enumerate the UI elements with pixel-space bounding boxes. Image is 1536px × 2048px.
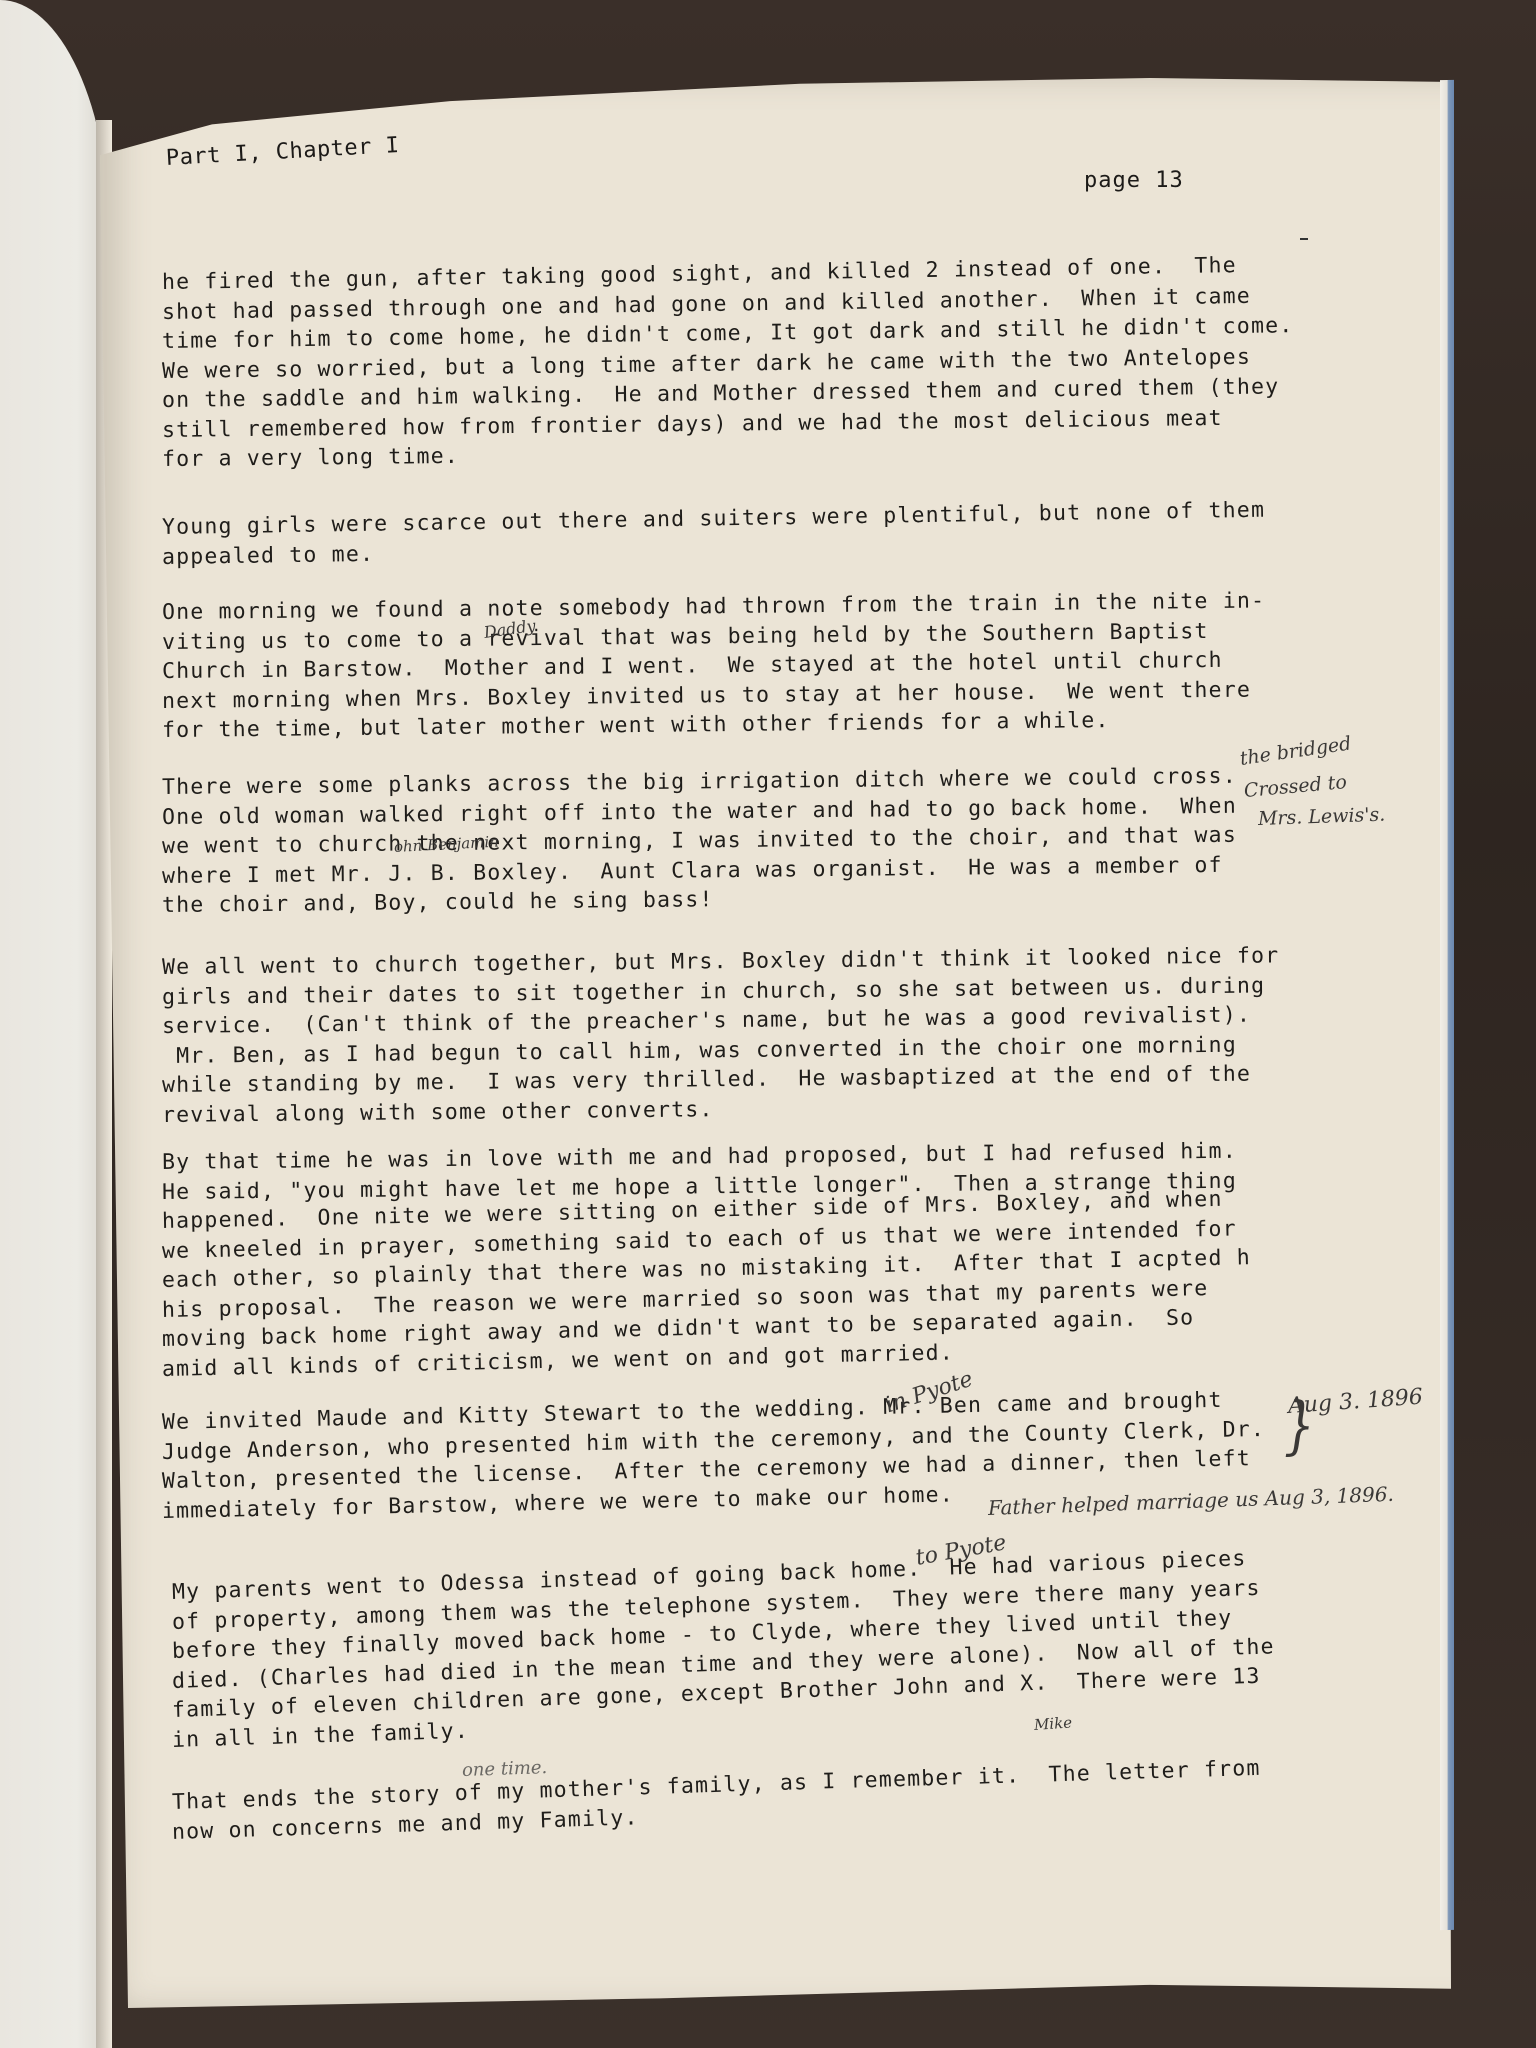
typed-body-text: he fired the gun, after taking good sigh… — [0, 0, 1536, 2048]
text-line: revival along with some other converts. — [162, 1097, 714, 1128]
text-line: for a very long time. — [162, 444, 459, 472]
text-line: That ends the story of my mother's famil… — [172, 1756, 1261, 1815]
note-mike: Mike — [1033, 1713, 1072, 1734]
text-line: in all in the family. — [172, 1718, 470, 1752]
note-bracket: } — [1284, 1390, 1315, 1463]
text-line: where I met Mr. J. B. Boxley. Aunt Clara… — [162, 852, 1223, 888]
text-line: Young girls were scarce out there and su… — [162, 498, 1266, 540]
note-bridge-3: Mrs. Lewis's. — [1258, 804, 1386, 830]
text-line: appealed to me. — [162, 541, 375, 569]
text-line: for the time, but later mother went with… — [162, 708, 1110, 743]
note-one-time: one time. — [462, 1757, 548, 1781]
text-line: the choir and, Boy, could he sing bass! — [162, 887, 714, 918]
